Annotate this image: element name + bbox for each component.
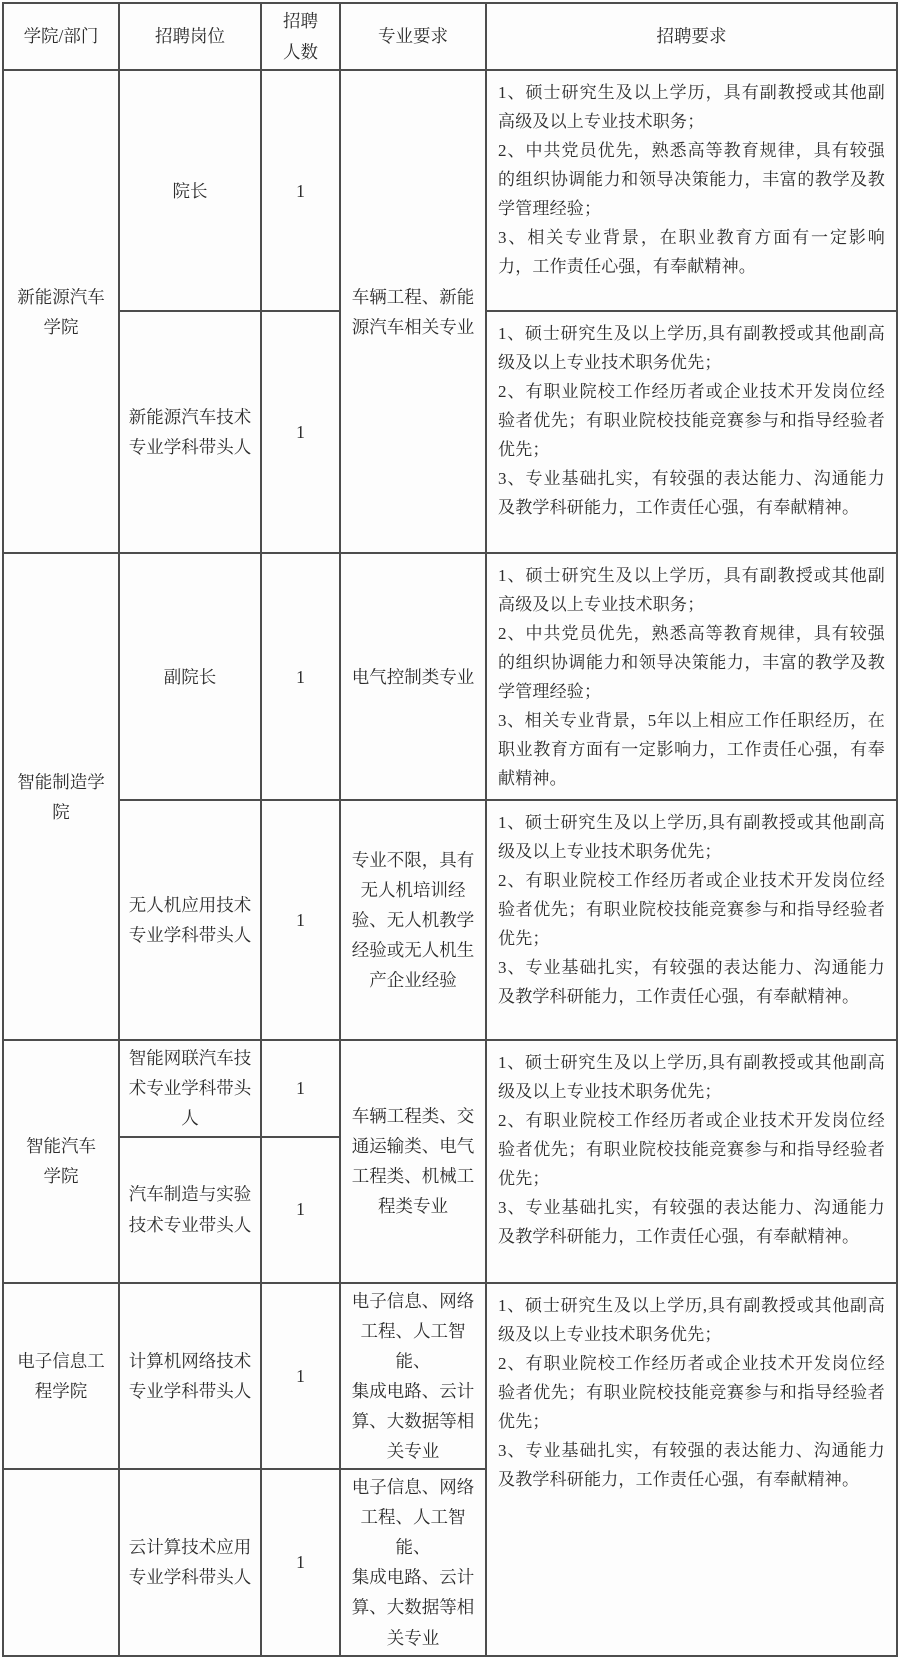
headcount-cell: 1: [261, 553, 340, 800]
major-cell: 车辆工程类、交 通运输类、电气 工程类、机械工 程类专业: [340, 1040, 486, 1282]
requirement-item: 3、专业基础扎实，有较强的表达能力、沟通能力及教学科研能力，工作责任心强，有奉献…: [498, 1436, 885, 1494]
major-cell: 电子信息、网络 工程、人工智能、 集成电路、云计 算、大数据等相 关专业: [340, 1283, 486, 1470]
headcount-cell: 1: [261, 1137, 340, 1283]
document-page: 学院/部门 招聘岗位 招聘 人数 专业要求 招聘要求 新能源汽车 学院 院长 1…: [0, 0, 900, 1564]
position-cell: 计算机网络技术 专业学科带头人: [119, 1283, 261, 1470]
department-cell: 电子信息工 程学院: [3, 1283, 119, 1470]
requirements-cell: 1、硕士研究生及以上学历,具有副教授或其他副高级及以上专业技术职务优先； 2、有…: [486, 311, 897, 553]
requirement-item: 1、硕士研究生及以上学历，具有副教授或其他副高级及以上专业技术职务；: [498, 78, 885, 136]
header-row: 学院/部门 招聘岗位 招聘 人数 专业要求 招聘要求: [3, 3, 897, 70]
major-cell: 车辆工程、新能 源汽车相关专业: [340, 70, 486, 553]
col-header-headcount: 招聘 人数: [261, 3, 340, 70]
requirement-item: 2、有职业院校工作经历者或企业技术开发岗位经验者优先；有职业院校技能竞赛参与和指…: [498, 1106, 885, 1193]
headcount-cell: 1: [261, 1040, 340, 1136]
col-header-department: 学院/部门: [3, 3, 119, 70]
department-cell: 智能汽车 学院: [3, 1040, 119, 1282]
position-cell: 云计算技术应用 专业学科带头人: [119, 1469, 261, 1656]
major-cell: 电子信息、网络 工程、人工智能、 集成电路、云计 算、大数据等相 关专业: [340, 1469, 486, 1656]
requirement-item: 1、硕士研究生及以上学历，具有副教授或其他副高级及以上专业技术职务；: [498, 561, 885, 619]
requirement-item: 2、中共党员优先，熟悉高等教育规律，具有较强的组织协调能力和领导决策能力，丰富的…: [498, 136, 885, 223]
requirement-item: 2、有职业院校工作经历者或企业技术开发岗位经验者优先；有职业院校技能竞赛参与和指…: [498, 1349, 885, 1436]
col-header-position: 招聘岗位: [119, 3, 261, 70]
requirement-item: 2、中共党员优先，熟悉高等教育规律，具有较强的组织协调能力和领导决策能力，丰富的…: [498, 619, 885, 706]
position-cell: 副院长: [119, 553, 261, 800]
table-row: 无人机应用技术 专业学科带头人 1 专业不限，具有 无人机培训经 验、无人机教学…: [3, 800, 897, 1040]
position-cell: 新能源汽车技术 专业学科带头人: [119, 311, 261, 553]
requirement-item: 3、专业基础扎实，有较强的表达能力、沟通能力及教学科研能力，工作责任心强，有奉献…: [498, 464, 885, 522]
col-header-major-requirement: 专业要求: [340, 3, 486, 70]
requirements-cell: 1、硕士研究生及以上学历，具有副教授或其他副高级及以上专业技术职务； 2、中共党…: [486, 553, 897, 800]
requirement-item: 2、有职业院校工作经历者或企业技术开发岗位经验者优先；有职业院校技能竞赛参与和指…: [498, 377, 885, 464]
table-row: 智能制造学 院 副院长 1 电气控制类专业 1、硕士研究生及以上学历，具有副教授…: [3, 553, 897, 800]
major-cell: 电气控制类专业: [340, 553, 486, 800]
headcount-cell: 1: [261, 1283, 340, 1470]
requirement-item: 1、硕士研究生及以上学历,具有副教授或其他副高级及以上专业技术职务优先；: [498, 319, 885, 377]
headcount-cell: 1: [261, 311, 340, 553]
recruitment-table: 学院/部门 招聘岗位 招聘 人数 专业要求 招聘要求 新能源汽车 学院 院长 1…: [2, 2, 898, 1657]
table-row: 电子信息工 程学院 计算机网络技术 专业学科带头人 1 电子信息、网络 工程、人…: [3, 1283, 897, 1470]
requirement-item: 2、有职业院校工作经历者或企业技术开发岗位经验者优先；有职业院校技能竞赛参与和指…: [498, 866, 885, 953]
headcount-cell: 1: [261, 1469, 340, 1656]
requirements-cell: 1、硕士研究生及以上学历,具有副教授或其他副高级及以上专业技术职务优先； 2、有…: [486, 1040, 897, 1282]
requirement-item: 1、硕士研究生及以上学历,具有副教授或其他副高级及以上专业技术职务优先；: [498, 808, 885, 866]
headcount-cell: 1: [261, 800, 340, 1040]
requirement-item: 1、硕士研究生及以上学历,具有副教授或其他副高级及以上专业技术职务优先；: [498, 1291, 885, 1349]
requirement-item: 3、专业基础扎实，有较强的表达能力、沟通能力及教学科研能力，工作责任心强，有奉献…: [498, 953, 885, 1011]
col-header-recruitment-requirement: 招聘要求: [486, 3, 897, 70]
position-cell: 智能网联汽车技 术专业学科带头 人: [119, 1040, 261, 1136]
table-row: 智能汽车 学院 智能网联汽车技 术专业学科带头 人 1 车辆工程类、交 通运输类…: [3, 1040, 897, 1136]
department-cell-empty: [3, 1469, 119, 1656]
position-cell: 无人机应用技术 专业学科带头人: [119, 800, 261, 1040]
requirement-item: 3、专业基础扎实，有较强的表达能力、沟通能力及教学科研能力，工作责任心强，有奉献…: [498, 1193, 885, 1251]
headcount-cell: 1: [261, 70, 340, 311]
position-cell: 院长: [119, 70, 261, 311]
requirements-cell: 1、硕士研究生及以上学历，具有副教授或其他副高级及以上专业技术职务； 2、中共党…: [486, 70, 897, 311]
major-cell: 专业不限，具有 无人机培训经 验、无人机教学 经验或无人机生 产企业经验: [340, 800, 486, 1040]
requirements-cell: 1、硕士研究生及以上学历,具有副教授或其他副高级及以上专业技术职务优先； 2、有…: [486, 1283, 897, 1656]
department-cell: 智能制造学 院: [3, 553, 119, 1040]
position-cell: 汽车制造与实验 技术专业带头人: [119, 1137, 261, 1283]
requirement-item: 3、相关专业背景，在职业教育方面有一定影响力，工作责任心强，有奉献精神。: [498, 223, 885, 281]
table-row: 新能源汽车 学院 院长 1 车辆工程、新能 源汽车相关专业 1、硕士研究生及以上…: [3, 70, 897, 311]
requirements-cell: 1、硕士研究生及以上学历,具有副教授或其他副高级及以上专业技术职务优先； 2、有…: [486, 800, 897, 1040]
requirement-item: 3、相关专业背景，5年以上相应工作任职经历，在职业教育方面有一定影响力，工作责任…: [498, 706, 885, 793]
department-cell: 新能源汽车 学院: [3, 70, 119, 553]
requirement-item: 1、硕士研究生及以上学历,具有副教授或其他副高级及以上专业技术职务优先；: [498, 1048, 885, 1106]
